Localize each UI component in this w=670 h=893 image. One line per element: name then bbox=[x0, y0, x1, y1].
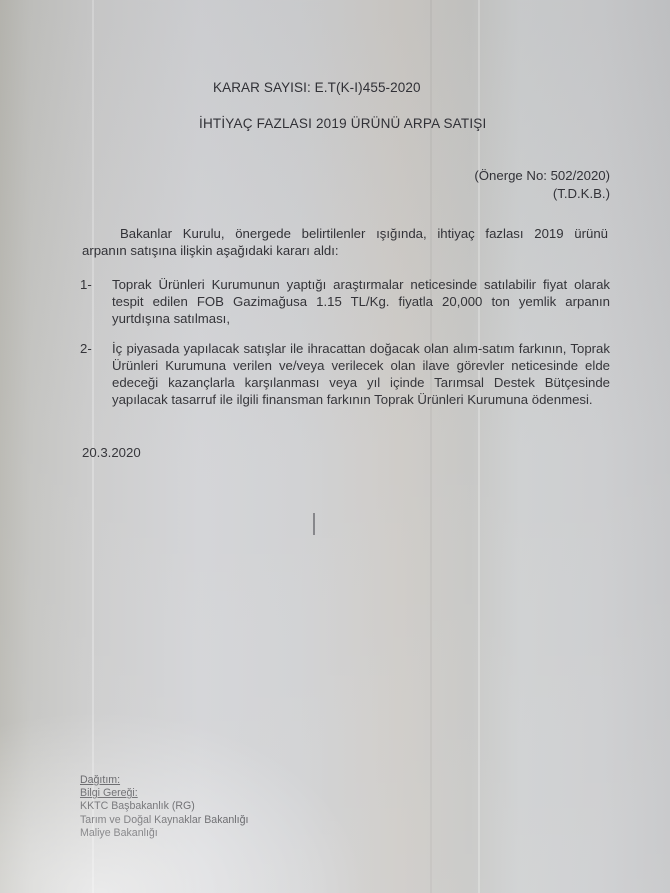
recipient: Tarım ve Doğal Kaynaklar Bakanlığı bbox=[80, 814, 248, 827]
recipient: Maliye Bakanlığı bbox=[80, 827, 248, 840]
intro-paragraph: Bakanlar Kurulu, önergede belirtilenler … bbox=[82, 225, 608, 259]
decision-date: 20.3.2020 bbox=[82, 445, 141, 460]
distribution-heading: Dağıtım: bbox=[80, 774, 248, 787]
document-subject: İHTİYAÇ FAZLASI 2019 ÜRÜNÜ ARPA SATIŞI bbox=[199, 116, 486, 131]
item-number: 1- bbox=[80, 276, 92, 293]
item-number: 2- bbox=[80, 340, 92, 357]
intro-line-1: Bakanlar Kurulu, önergede belirtilenler … bbox=[82, 225, 608, 242]
intro-line-2: arpanın satışına ilişkin aşağıdaki karar… bbox=[82, 242, 608, 259]
proposal-number: (Önerge No: 502/2020) bbox=[474, 167, 610, 185]
proposal-source: (T.D.K.B.) bbox=[474, 185, 610, 203]
distribution-list: Dağıtım: Bilgi Gereği: KKTC Başbakanlık … bbox=[80, 774, 248, 840]
recipient: KKTC Başbakanlık (RG) bbox=[80, 800, 248, 813]
item-text: Toprak Ürünleri Kurumunun yaptığı araştı… bbox=[112, 276, 610, 327]
document-page: KARAR SAYISI: E.T(K-I)455-2020 İHTİYAÇ F… bbox=[0, 0, 670, 893]
proposal-reference: (Önerge No: 502/2020) (T.D.K.B.) bbox=[474, 167, 610, 203]
item-text: İç piyasada yapılacak satışlar ile ihrac… bbox=[112, 340, 610, 408]
decision-number: KARAR SAYISI: E.T(K-I)455-2020 bbox=[213, 80, 421, 95]
info-heading: Bilgi Gereği: bbox=[80, 787, 248, 800]
decision-item-2: 2- İç piyasada yapılacak satışlar ile ih… bbox=[80, 340, 610, 408]
decision-item-1: 1- Toprak Ürünleri Kurumunun yaptığı ara… bbox=[80, 276, 610, 327]
